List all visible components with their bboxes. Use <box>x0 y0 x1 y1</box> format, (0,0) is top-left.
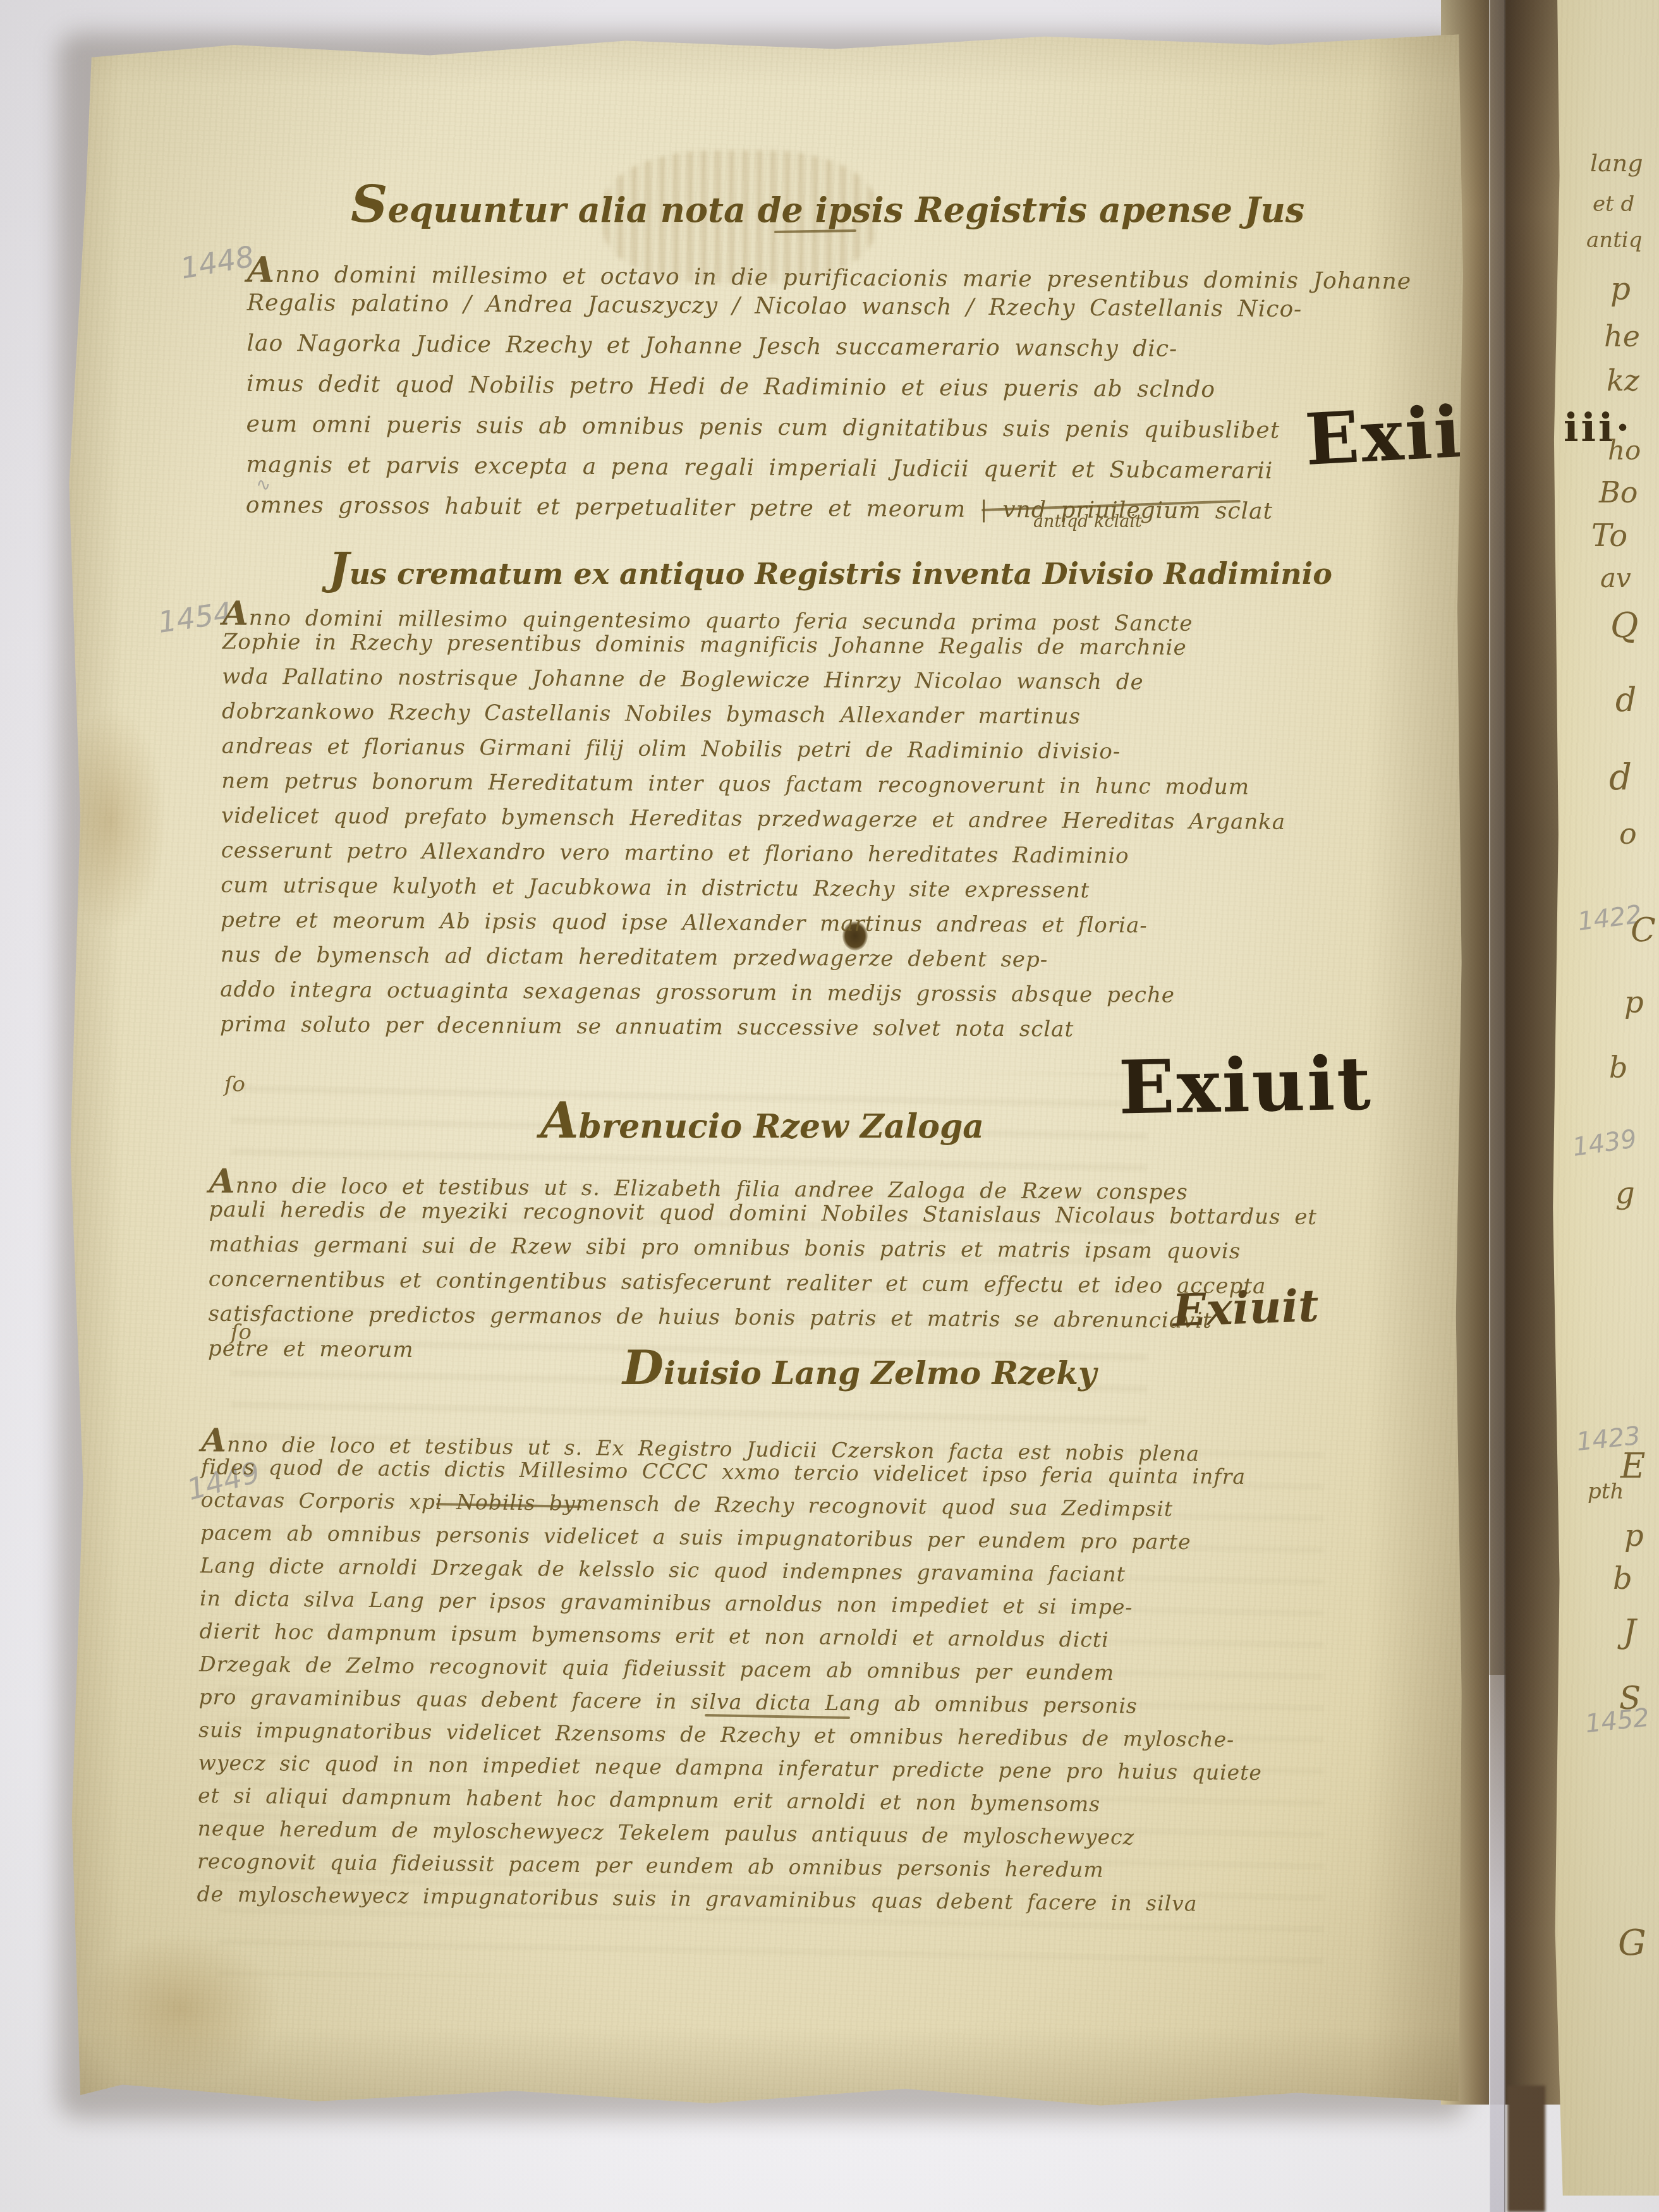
section-heading-3: Abrenucio Rzew Zaloga <box>540 1092 984 1150</box>
manuscript-text-line: magnis et parvis excepta a pena regali i… <box>246 452 1323 499</box>
paragraph-entry-1454: Anno domini millesimo quingentesimo quar… <box>220 595 1338 1054</box>
exit-mark-3: Exiuit <box>1172 1279 1320 1337</box>
paragraph-entry-1449: Anno die loco et testibus ut s. Ex Regis… <box>197 1421 1364 1926</box>
manuscript-left-page: Sequuntur alia nota de ipsis Registris a… <box>66 24 1464 2110</box>
rightpage-fragment: d <box>1615 681 1636 719</box>
rightpage-fragment: C <box>1631 911 1656 949</box>
exit-mark-2: Exiuit <box>1118 1041 1373 1131</box>
rightpage-fragment: av <box>1600 562 1631 593</box>
rightpage-ink-mark: pth <box>1588 1479 1624 1504</box>
section-heading-2: Jus crematum ex antiquo Registris invent… <box>329 544 1332 595</box>
margin-squiggle: ſo <box>224 1072 245 1097</box>
rightpage-fragment: he <box>1604 319 1640 353</box>
manuscript-text-line: lao Nagorka Judice Rzechy et Johanne Jes… <box>246 331 1324 377</box>
rightpage-fragment: o <box>1619 817 1637 851</box>
rightpage-fragment: d <box>1609 757 1632 798</box>
rightpage-fragment: E <box>1620 1446 1645 1486</box>
section-heading-4: Diuisio Lang Zelmo Rzeky <box>623 1340 1097 1395</box>
rightpage-fragment: J <box>1623 1613 1636 1651</box>
gutter-shadow-tail <box>1507 2086 1545 2212</box>
pencil-year-1439: 1439 <box>1571 1124 1638 1162</box>
manuscript-right-page-edge: lang et d antiq p he kz iii· ho Bo To av… <box>1550 0 1659 2196</box>
side-note: antiqd kclait <box>1033 512 1142 532</box>
manuscript-text-line: eum omni pueris suis ab omnibus penis cu… <box>246 411 1323 458</box>
rightpage-fragment: To <box>1591 518 1627 554</box>
parchment-stain <box>79 1933 281 2084</box>
manuscript-text-line: imus dedit quod Nobilis petro Hedi de Ra… <box>246 371 1324 418</box>
rightpage-fragment: antiq <box>1586 228 1642 253</box>
rightpage-fragment: Bo <box>1599 475 1638 509</box>
rightpage-fragment: lang <box>1590 149 1643 177</box>
rightpage-fragment: b <box>1609 1050 1627 1085</box>
rightpage-fragment: p <box>1610 270 1631 307</box>
rightpage-fragment: p <box>1624 1518 1644 1553</box>
rightpage-fragment: Q <box>1610 605 1638 645</box>
rightpage-fragment: b <box>1613 1561 1632 1596</box>
pencil-year-1452: 1452 <box>1584 1703 1651 1739</box>
rightpage-fragment: p <box>1624 985 1644 1020</box>
manuscript-text-line: Regalis palatino / Andrea Jacuszyczy / N… <box>247 290 1325 337</box>
photo-background: Sequuntur alia nota de ipsis Registris a… <box>0 0 1659 2212</box>
rightpage-fragment: ho <box>1608 435 1641 466</box>
paragraph-entry-1448: Anno domini millesimo et octavo in die p… <box>246 250 1325 539</box>
rightpage-fragment: et d <box>1593 191 1634 217</box>
manuscript-text-line: omnes grossos habuit et perpetualiter pe… <box>246 492 1323 539</box>
page-title-line: Sequuntur alia nota de ipsis Registris a… <box>351 174 1304 234</box>
pencil-year-1448: 1448 <box>178 239 257 286</box>
plexiglass-strip-lower <box>1489 1675 1505 2212</box>
rightpage-fragment: G <box>1618 1923 1646 1964</box>
manuscript-text-line: Anno domini millesimo et octavo in die p… <box>247 250 1325 296</box>
rightpage-fragment: g <box>1615 1176 1635 1211</box>
rightpage-fragment: kz <box>1607 363 1639 398</box>
